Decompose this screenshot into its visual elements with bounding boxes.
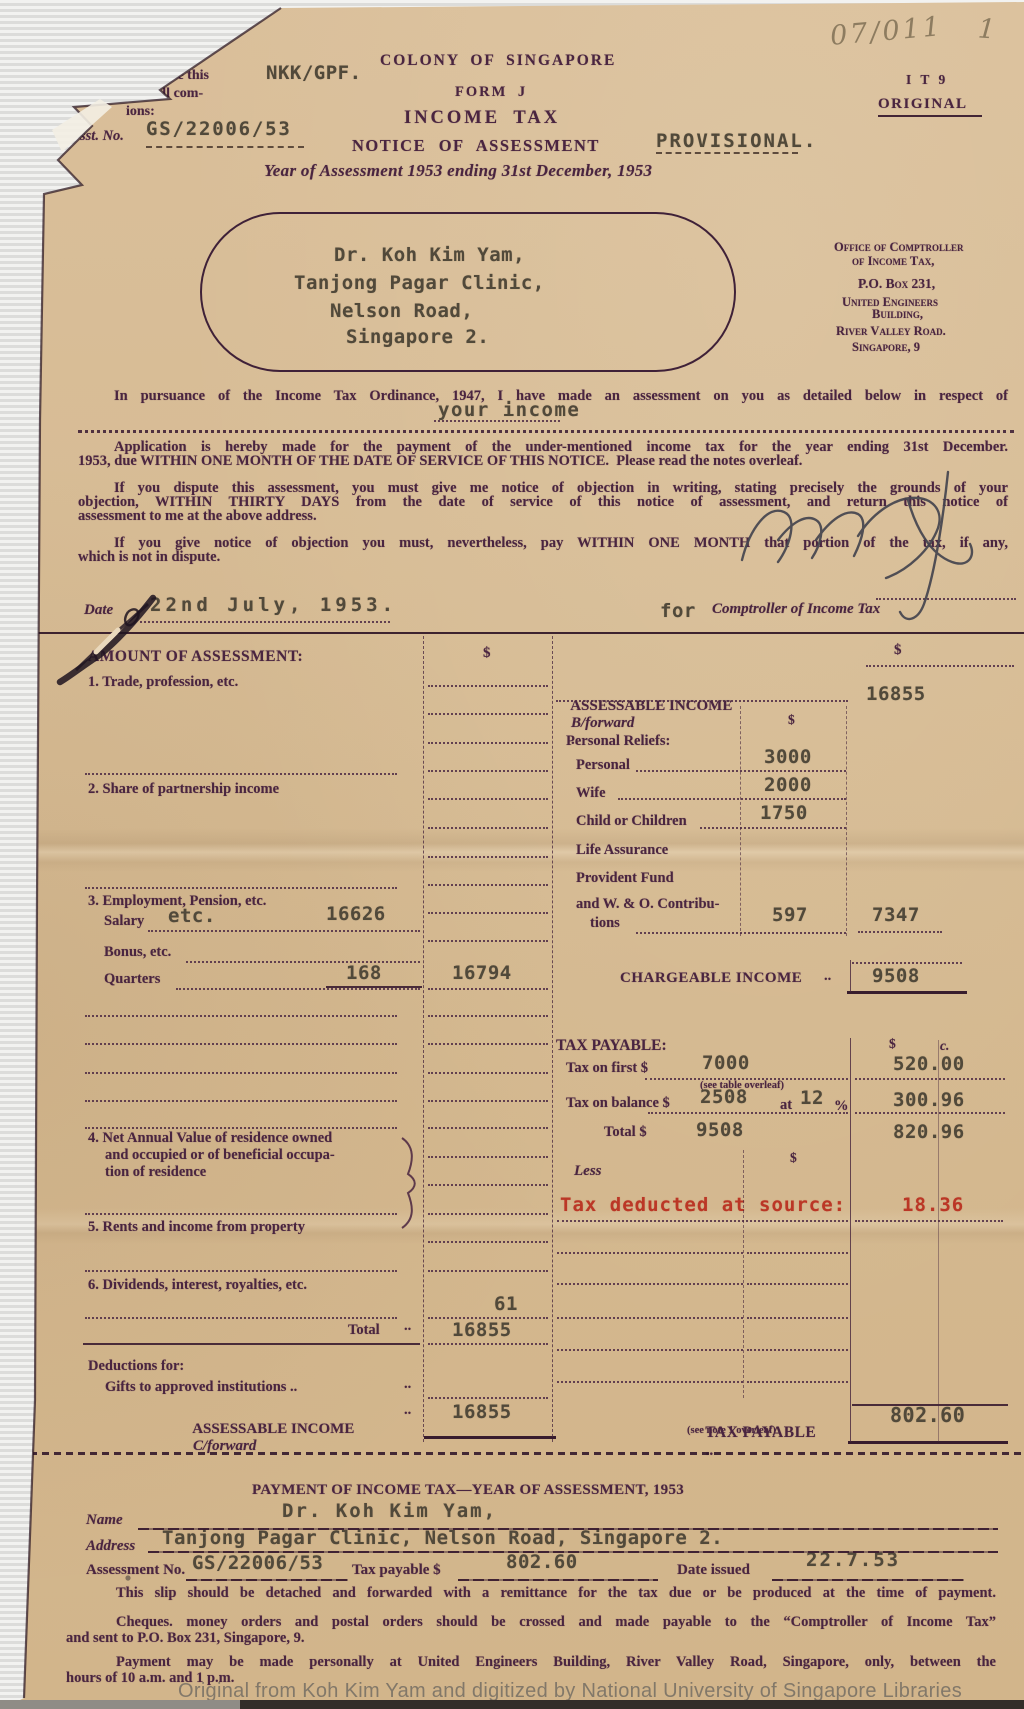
form-line: [428, 1156, 548, 1158]
date-value: 22nd July, 1953.: [150, 594, 397, 616]
form-line: [85, 887, 397, 889]
relief-personal-amount: 3000: [764, 746, 812, 768]
slip-title: PAYMENT OF INCOME TAX—YEAR OF ASSESSMENT…: [252, 1482, 684, 1499]
form-line: [85, 1317, 397, 1319]
salary-label: Salary: [104, 913, 144, 930]
final-tax-amount: 802.60: [890, 1403, 965, 1427]
form-line: [326, 986, 422, 988]
form-line: [557, 1283, 743, 1285]
asst-no-value: GS/22006/53: [146, 118, 292, 140]
form-line: [852, 962, 962, 964]
tax-rate: 12: [800, 1087, 824, 1109]
cforward-dots: ..: [404, 1402, 411, 1419]
form-line: [645, 1078, 848, 1080]
middle-dollar-header: $: [483, 645, 491, 662]
office-line: of Income Tax,: [852, 254, 934, 269]
for-label: for: [660, 600, 696, 622]
gifts-label: Gifts to approved institutions ..: [105, 1379, 297, 1396]
reliefs-title: Personal Reliefs:: [566, 733, 670, 750]
form-line: [428, 1241, 548, 1243]
addressee-road: Nelson Road,: [330, 300, 473, 322]
tax-first-label: Tax on first $: [566, 1060, 648, 1077]
form-line: [855, 1220, 1003, 1222]
handwritten-reference: 07/011: [829, 11, 944, 52]
form-line: [428, 685, 548, 687]
employment-total-amount: 16794: [452, 962, 512, 984]
relief-life-2: Provident Fund: [576, 870, 674, 887]
form-line: [636, 770, 846, 772]
cents-col-header: c.: [940, 1038, 949, 1054]
item-residence-1: 4. Net Annual Value of residence owned: [88, 1130, 332, 1147]
form-line: [434, 420, 560, 422]
paragraph-dispute-3: assessment to me at the above address.: [78, 510, 317, 524]
cforward-label: ASSESSABLE INCOME C/forward: [178, 1404, 354, 1472]
form-line: [458, 1579, 658, 1581]
form-line: [85, 1270, 397, 1272]
form-line: [85, 1127, 397, 1129]
form-line: [747, 1252, 848, 1254]
slip-date-label: Date issued: [677, 1562, 750, 1579]
office-line: Singapore, 9: [852, 340, 920, 355]
slip-paragraph-detach: This slip should be detached and forward…: [66, 1587, 996, 1601]
relief-wife-amount: 2000: [764, 774, 812, 796]
asst-no-label: sst. No.: [80, 128, 124, 145]
office-line: Office of Comptroller: [834, 240, 964, 255]
scanned-form-paper: 07/011 1 uote this n all com- ions: NKK/…: [0, 0, 1024, 1703]
addressee-name: Dr. Koh Kim Yam,: [334, 244, 525, 266]
form-line: [85, 1015, 397, 1017]
slip-tax-value: 802.60: [506, 1551, 578, 1573]
cforward-text: ASSESSABLE INCOME: [192, 1421, 354, 1437]
form-line: [747, 1349, 848, 1351]
tax-first-amount: 520.00: [893, 1053, 965, 1075]
form-line: [85, 1072, 397, 1074]
notice-title: NOTICE OF ASSESSMENT: [352, 136, 600, 156]
form-number: FORM J: [455, 84, 527, 101]
form-line-vertical: [938, 1040, 939, 1442]
final-tax-payable-dots: ..: [706, 1442, 714, 1459]
relief-personal-label: Personal: [576, 757, 630, 774]
paragraph-objection-2: which is not in dispute.: [78, 551, 220, 565]
form-line: [557, 1317, 743, 1319]
form-line: [876, 598, 1016, 600]
slip-address-label: Address: [86, 1538, 135, 1555]
form-line-vertical: [743, 1150, 744, 1398]
form-line: [428, 1043, 548, 1045]
contributions-amount: 597: [772, 904, 808, 926]
tax-total-amount: 820.96: [893, 1121, 965, 1143]
relief-life-3: and W. & O. Contribu-: [576, 896, 719, 913]
tax-deducted-label: Tax deducted at source:: [560, 1194, 846, 1216]
total-amount: 16855: [452, 1319, 512, 1341]
item-residence-2: and occupied or of beneficial occupa-: [105, 1147, 335, 1164]
form-line: [556, 700, 848, 702]
form-line: [866, 665, 1014, 667]
form-code-it9: I T 9: [906, 72, 948, 88]
form-line: [428, 742, 548, 744]
form-line: [557, 1349, 743, 1351]
chargeable-amount: 9508: [872, 965, 920, 987]
form-line: [186, 961, 420, 963]
form-line: [428, 1343, 548, 1345]
provisional-stamp: PROVISIONAL.: [656, 130, 817, 152]
scan-bottom-edge-left: [0, 1700, 240, 1709]
form-line-vertical: [846, 706, 847, 936]
torn-note-fragment: uote this: [158, 68, 209, 84]
tax-balance-amount: 300.96: [893, 1089, 965, 1111]
bforward-italic: B/forward: [571, 715, 634, 731]
tax-total-base: 9508: [696, 1119, 744, 1141]
form-line: [83, 1343, 420, 1345]
form-line: [428, 770, 548, 772]
form-line: [428, 1127, 548, 1129]
final-tax-payable-label: TAX PAYABLE ..: [688, 1406, 816, 1478]
form-line-vertical: [740, 706, 741, 936]
salary-typed-etc: etc.: [168, 905, 216, 927]
form-line: [618, 798, 846, 800]
form-line: [140, 621, 390, 623]
slip-name-label: Name: [86, 1512, 123, 1529]
form-line-vertical: [552, 636, 553, 1442]
tax-balance-label: Tax on balance $: [566, 1095, 670, 1112]
form-line: [428, 798, 548, 800]
item-dividends: 6. Dividends, interest, royalties, etc.: [88, 1277, 307, 1294]
form-line: [428, 988, 548, 990]
form-line: [428, 827, 548, 829]
form-line: [36, 632, 1024, 634]
form-line: [85, 773, 397, 775]
form-line: [557, 1252, 743, 1254]
form-line: [700, 827, 846, 829]
form-line-vertical: [423, 636, 424, 1442]
form-line: [428, 1270, 548, 1272]
form-line: [772, 1579, 964, 1581]
slip-tax-label: Tax payable $: [352, 1562, 441, 1579]
gifts-dots: ..: [404, 1376, 411, 1393]
form-line: [148, 930, 420, 932]
less-dollar-header: $: [790, 1150, 797, 1166]
form-line: [428, 1072, 548, 1074]
office-line: P.O. Box 231,: [858, 276, 935, 292]
chargeable-dots: ..: [824, 968, 831, 985]
torn-note-fragment: n all com-: [144, 86, 203, 102]
relief-child-amount: 1750: [760, 802, 808, 824]
reliefs-inner-dollar: $: [788, 712, 795, 728]
less-label: Less: [574, 1163, 602, 1180]
form-line: [428, 884, 548, 886]
relief-wife-label: Wife: [576, 785, 606, 802]
form-line: [428, 1100, 548, 1102]
form-line: [855, 1078, 1005, 1080]
final-tax-note: (see note 1 overleaf): [687, 1425, 776, 1436]
date-label: Date: [84, 602, 113, 619]
reliefs-total-amount: 7347: [872, 904, 920, 926]
form-line: [428, 713, 548, 715]
form-line: [648, 1112, 848, 1114]
item-residence-3: tion of residence: [105, 1164, 206, 1181]
form-line: [747, 1283, 848, 1285]
handwritten-page-number: 1: [977, 13, 996, 45]
form-line: [855, 1112, 1005, 1114]
form-line: [176, 988, 420, 990]
tax-balance-base: 2508: [700, 1086, 748, 1108]
fold-crease: [0, 828, 1024, 872]
subject-typed: your income: [438, 399, 580, 421]
quarters-amount: 168: [346, 962, 382, 984]
form-line: [747, 1317, 848, 1319]
item-trade: 1. Trade, profession, etc.: [88, 674, 238, 691]
addressee-clinic: Tanjong Pagar Clinic,: [294, 272, 545, 294]
form-line: [148, 1551, 998, 1553]
form-line: [858, 931, 942, 933]
slip-paragraph-cheques-2: and sent to P.O. Box 231, Singapore, 9.: [66, 1632, 305, 1646]
tax-payable-title: TAX PAYABLE:: [556, 1037, 667, 1055]
form-line: [428, 856, 548, 858]
form-line: [428, 1184, 548, 1186]
form-line: [848, 1441, 1008, 1444]
dividends-amount: 61: [494, 1293, 518, 1315]
relief-child-label: Child or Children: [576, 813, 687, 830]
form-line: [424, 1436, 556, 1439]
form-line: [146, 146, 304, 148]
slip-paragraph-cheques-1: Cheques. money orders and postal orders …: [66, 1616, 996, 1630]
relief-life-4: tions: [590, 915, 620, 932]
total-label: Total: [348, 1322, 380, 1339]
slip-assessment-value: GS/22006/53: [192, 1552, 323, 1574]
original-label: ORIGINAL: [878, 96, 968, 113]
office-line: River Valley Road.: [836, 324, 946, 339]
bforward-amount: 16855: [866, 683, 926, 705]
form-line: [428, 1397, 548, 1399]
form-line: [557, 1220, 848, 1222]
form-line: [85, 1213, 397, 1215]
form-line: [428, 1213, 548, 1215]
form-line: [852, 1404, 1008, 1406]
addressee-city: Singapore 2.: [346, 326, 489, 348]
paragraph-application-2: 1953, due WITHIN ONE MONTH OF THE DATE O…: [78, 455, 802, 469]
form-line: [85, 1043, 397, 1045]
slip-paragraph-payment-1: Payment may be made personally at United…: [66, 1656, 996, 1670]
form-line: [878, 115, 982, 117]
slip-assessment-label: Assessment No.: [86, 1562, 185, 1579]
amount-of-assessment-title: AMOUNT OF ASSESSMENT:: [88, 648, 303, 666]
form-line: [656, 152, 798, 154]
tax-total-label: Total $: [604, 1124, 647, 1141]
file-ref-code: NKK/GPF.: [266, 62, 362, 84]
dollar-col-header: $: [889, 1036, 896, 1052]
form-line: [557, 1381, 743, 1383]
right-dollar-header: $: [894, 642, 902, 659]
income-tax-title: INCOME TAX: [404, 108, 560, 129]
cforward-amount: 16855: [452, 1401, 512, 1423]
form-line: [85, 1100, 397, 1102]
chargeable-label: CHARGEABLE INCOME: [620, 970, 802, 987]
form-line-vertical: [850, 1038, 851, 1442]
form-line: [747, 1381, 848, 1383]
form-line: [428, 1015, 548, 1017]
deductions-label: Deductions for:: [88, 1358, 184, 1375]
form-line-vertical: [850, 960, 851, 992]
form-line: [847, 991, 967, 994]
form-line: [428, 912, 548, 914]
total-dots: ..: [404, 1318, 411, 1335]
tax-deducted-amount: 18.36: [902, 1194, 964, 1216]
office-line: Building,: [872, 307, 923, 322]
relief-life-1: Life Assurance: [576, 842, 668, 859]
form-line: [30, 1452, 1024, 1455]
form-line: [78, 430, 1014, 433]
form-line: [138, 1528, 998, 1530]
item-partnership: 2. Share of partnership income: [88, 781, 279, 798]
colony-title: COLONY OF SINGAPORE: [380, 52, 616, 70]
bonus-label: Bonus, etc.: [104, 944, 171, 961]
form-line: [428, 1317, 548, 1319]
year-of-assessment-line: Year of Assessment 1953 ending 31st Dece…: [264, 161, 652, 181]
form-line: [428, 940, 548, 942]
quarters-label: Quarters: [104, 971, 160, 988]
item-rents: 5. Rents and income from property: [88, 1219, 305, 1236]
form-line: [636, 932, 846, 934]
slip-name-value: Dr. Koh Kim Yam,: [282, 1500, 497, 1522]
form-line: [186, 1579, 348, 1581]
tax-first-base: 7000: [702, 1052, 750, 1074]
bforward-label: ASSESSABLE INCOME B/forward ..: [556, 681, 732, 766]
comptroller-label: Comptroller of Income Tax: [712, 601, 880, 618]
salary-amount: 16626: [326, 903, 386, 925]
